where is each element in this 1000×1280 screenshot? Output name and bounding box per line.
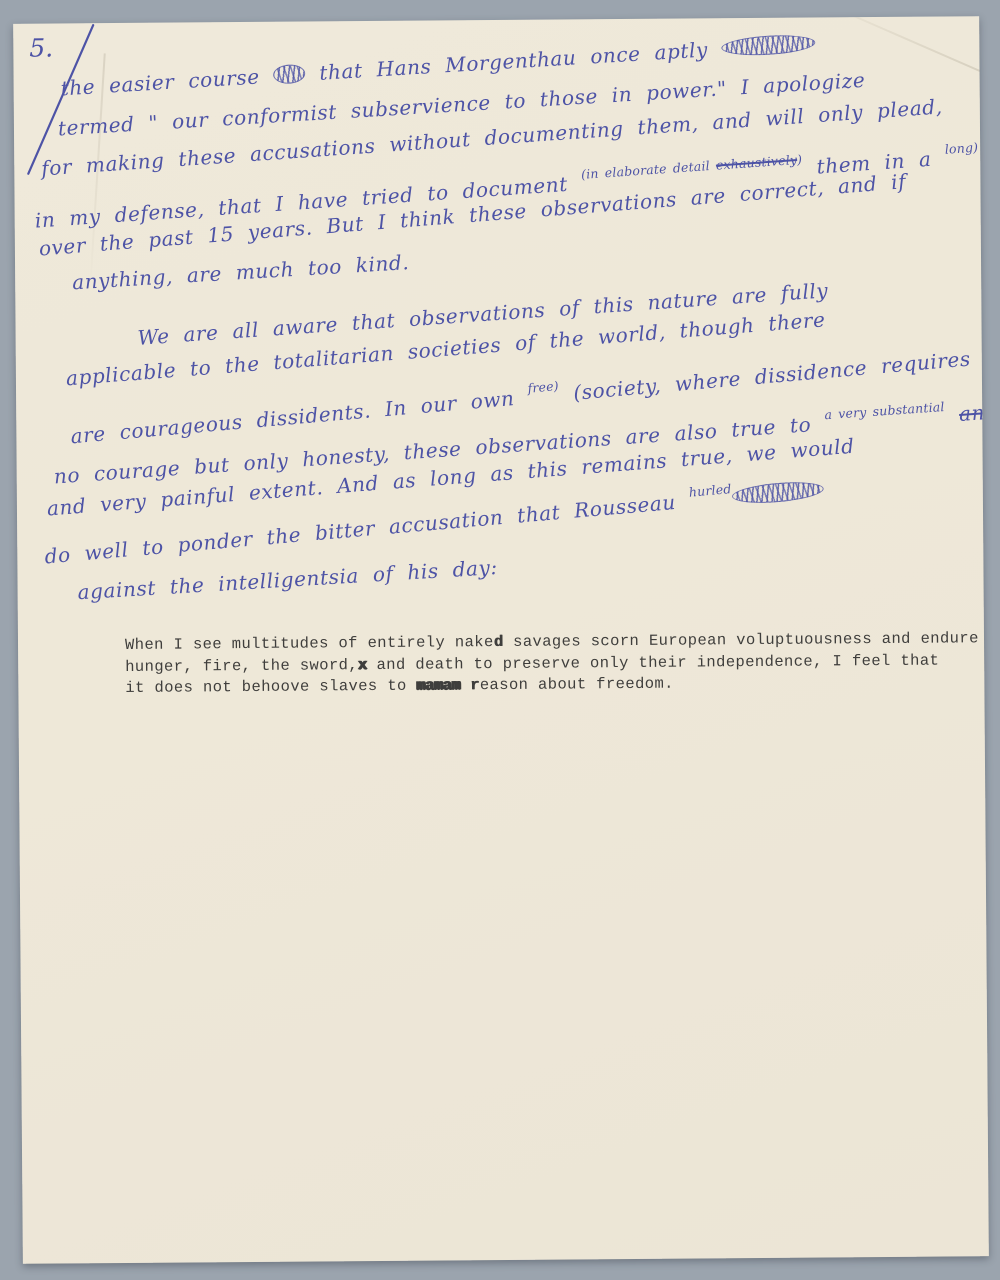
typed-overstrike: mamam (416, 676, 460, 694)
inserted-text: hurled (688, 481, 732, 500)
inserted-text: free) (527, 378, 559, 396)
typed-text: savages scorn European voluptuousness an… (503, 629, 979, 651)
struck-text: exhaustively (715, 152, 797, 173)
handwritten-line-13: against the intelligentsia of his day: (77, 554, 499, 605)
typed-text: hunger, fire, the sword, (125, 656, 358, 676)
scribbled-out-word (721, 33, 816, 58)
typed-text: and death to preserve only their indepen… (367, 651, 940, 673)
inserted-text: a very substantial (824, 399, 945, 422)
typed-overstrike: x (358, 656, 367, 674)
typed-text: it does not behoove slaves to (125, 677, 416, 697)
handwriting-block: the easier course that Hans Morgenthau o… (13, 16, 979, 24)
paper-sheet: 5. the easier course that Hans Morgentha… (13, 16, 989, 1264)
struck-text: an appalling (958, 392, 989, 426)
scanned-manuscript-page: { "page": { "number": "5.", "background_… (0, 0, 1000, 1280)
handwritten-text: against the intelligentsia of his day: (77, 555, 498, 604)
inserted-text: (in elaborate detail (581, 158, 717, 182)
handwritten-text: anything, are much too kind. (71, 250, 409, 294)
handwritten-line-6: anything, are much too kind. (71, 249, 410, 295)
typed-text: eason about freedom. (480, 675, 674, 695)
typed-quotation-block: When I see multitudes of entirely naked … (125, 628, 979, 699)
typed-text (460, 676, 470, 694)
handwritten-text: (series of books and articles (978, 120, 989, 168)
scribbled-out-word (731, 479, 824, 506)
inserted-text: long) (944, 140, 978, 157)
scribbled-out-word (273, 64, 306, 85)
typed-text: When I see multitudes of entirely nake (125, 633, 494, 654)
